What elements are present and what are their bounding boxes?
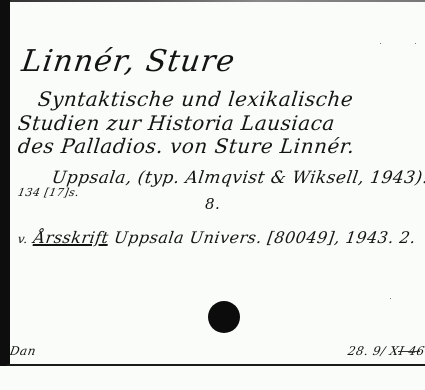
pagination-note: 134 [17]s.	[17, 186, 81, 199]
paper-speck	[380, 43, 381, 44]
format-note: 8.	[205, 195, 220, 213]
punch-hole	[208, 301, 240, 333]
paper-speck	[415, 43, 416, 44]
title-line-1: Syntaktische und lexikalische	[37, 87, 355, 111]
paper-speck	[390, 298, 391, 299]
series-note: v. Årsskrift Uppsala Univers. [80049], 1…	[17, 228, 418, 247]
series-detail: Uppsala Univers. [80049], 1943. 2.	[113, 228, 417, 247]
series-prefix: v.	[17, 232, 29, 246]
card-top-edge	[10, 0, 425, 2]
card-left-edge	[0, 0, 10, 366]
cataloger-initials: Dan	[9, 344, 37, 358]
catalog-card: Linnér, Sture Syntaktische und lexikalis…	[0, 0, 425, 390]
date-overline	[398, 351, 420, 352]
author-heading: Linnér, Sture	[20, 44, 238, 79]
imprint-line: Uppsala, (typ. Almqvist & Wiksell, 1943)…	[51, 168, 425, 188]
title-line-3: des Palladios. von Sture Linnér.	[17, 134, 356, 158]
series-title: Årsskrift	[32, 228, 110, 247]
card-bottom-edge	[7, 364, 425, 366]
title-line-2: Studien zur Historia Lausiaca	[17, 111, 336, 135]
